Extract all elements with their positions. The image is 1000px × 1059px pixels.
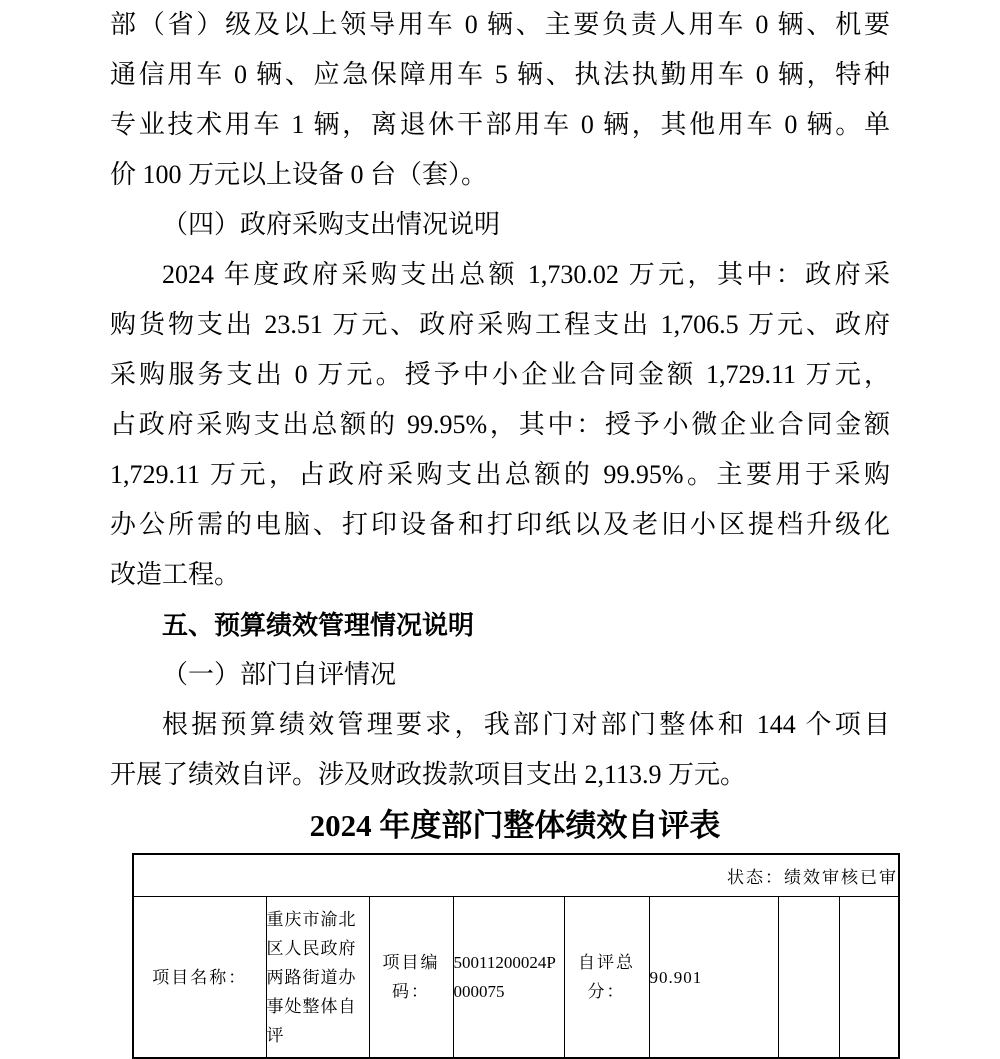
procurement-paragraph-line: 办公所需的电脑、打印设备和打印纸以及老旧小区提档升级化: [110, 500, 890, 550]
selfeval-paragraph-line: 开展了绩效自评。涉及财政拨款项目支出 2,113.9 万元。: [110, 750, 890, 800]
document-page: 部（省）级及以上领导用车 0 辆、主要负责人用车 0 辆、机要 通信用车 0 辆…: [0, 0, 1000, 1037]
procurement-paragraph-line: 购货物支出 23.51 万元、政府采购工程支出 1,706.5 万元、政府: [110, 300, 890, 350]
vehicles-paragraph-line: 通信用车 0 辆、应急保障用车 5 辆、执法执勤用车 0 辆，特种: [110, 50, 890, 100]
procurement-paragraph-line: 占政府采购支出总额的 99.95%，其中：授予小微企业合同金额: [110, 400, 890, 450]
empty-cell-1: [778, 897, 839, 1038]
project-code-value-cell: 50011200024P000075: [453, 897, 564, 1038]
procurement-paragraph-line: 1,729.11 万元，占政府采购支出总额的 99.95%。主要用于采购: [110, 450, 890, 500]
table-status-row: 状态：绩效审核已审: [133, 854, 899, 897]
project-name-value-cell: 重庆市渝北区人民政府两路街道办事处整体自评: [266, 897, 369, 1038]
section-heading-procurement: （四）政府采购支出情况说明: [110, 200, 890, 250]
section-heading-performance: 五、预算绩效管理情况说明: [110, 600, 890, 650]
status-cell: 状态：绩效审核已审: [133, 854, 899, 897]
document-body-text: 部（省）级及以上领导用车 0 辆、主要负责人用车 0 辆、机要 通信用车 0 辆…: [110, 0, 890, 800]
subsection-heading-self-eval: （一）部门自评情况: [110, 650, 890, 700]
self-score-value-cell: 90.901: [649, 897, 778, 1038]
self-score-label-cell: 自评总分：: [564, 897, 649, 1038]
project-code-label-cell: 项目编码：: [369, 897, 453, 1038]
selfeval-paragraph-line: 根据预算绩效管理要求，我部门对部门整体和 144 个项目: [110, 700, 890, 750]
vehicles-paragraph-line: 部（省）级及以上领导用车 0 辆、主要负责人用车 0 辆、机要: [110, 0, 890, 50]
procurement-paragraph-line: 采购服务支出 0 万元。授予中小企业合同金额 1,729.11 万元，: [110, 350, 890, 400]
table-title: 2024 年度部门整体绩效自评表: [132, 800, 898, 852]
table-row: 项目名称： 重庆市渝北区人民政府两路街道办事处整体自评 项目编码： 500112…: [133, 897, 899, 1038]
procurement-paragraph-line: 改造工程。: [110, 550, 890, 600]
project-name-label-cell: 项目名称：: [133, 897, 266, 1038]
performance-self-eval-table: 状态：绩效审核已审 项目名称： 重庆市渝北区人民政府两路街道办事处整体自评 项目…: [132, 853, 900, 1037]
vehicles-paragraph-line: 价 100 万元以上设备 0 台（套）。: [110, 150, 890, 200]
empty-cell-2: [839, 897, 899, 1038]
vehicles-paragraph-line: 专业技术用车 1 辆，离退休干部用车 0 辆，其他用车 0 辆。单: [110, 100, 890, 150]
procurement-paragraph-line: 2024 年度政府采购支出总额 1,730.02 万元，其中：政府采: [110, 250, 890, 300]
